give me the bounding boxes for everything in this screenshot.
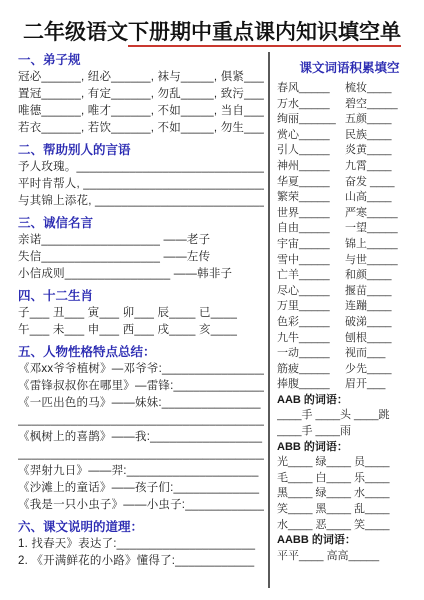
word-blank: 绚丽______ xyxy=(277,112,345,128)
word-pair-row: 宇宙_____ 锦上_____ xyxy=(277,237,422,253)
fill-blank-line: 《枫树上的喜鹊》——我:_________________ xyxy=(18,429,264,446)
fill-blank-line: 水____ 恶____ 笑____ xyxy=(277,518,422,534)
word-pair-row: 色彩_____ 破涕____ xyxy=(277,315,422,331)
word-blank: 与世_____ xyxy=(345,253,422,269)
word-pair-row: 雪中_____ 与世_____ xyxy=(277,253,422,269)
group-label: AABB 的词语： xyxy=(277,533,422,549)
word-blank: 严寒_____ xyxy=(345,206,422,222)
word-blank: 碧空_____ xyxy=(345,97,422,113)
section-character-traits: 五、人物性格特点总结： 《邓xx爷爷植树》—邓爷爷:______________… xyxy=(18,344,264,514)
group-label: AAB 的词语： xyxy=(277,393,422,409)
word-blank: 尽心_____ xyxy=(277,284,345,300)
fill-blank-line: 笑____ 黑____ 乱____ xyxy=(277,502,422,518)
word-pair-row: 春风_____ 梳妆____ xyxy=(277,81,422,97)
fill-blank-line: 黑____ 绿____ 水____ xyxy=(277,486,422,502)
word-pair-row: 尽心_____ 揠苗____ xyxy=(277,284,422,300)
word-blank: 破涕____ xyxy=(345,315,422,331)
page-title: 二年级语文下册期中重点课内知识填空单 xyxy=(0,0,424,46)
word-blank: 刨根____ xyxy=(345,331,422,347)
word-pair-row: 九牛_____ 刨根____ xyxy=(277,331,422,347)
word-blank: 春风_____ xyxy=(277,81,345,97)
word-blank: 奋发 ____ xyxy=(345,175,422,191)
word-blank: 引人_____ xyxy=(277,143,345,159)
word-blank: 色彩_____ xyxy=(277,315,345,331)
word-pair-row: 万里_____ 连蹦____ xyxy=(277,299,422,315)
page-title-part2-underlined: 下册期中重点课内知识填空单 xyxy=(128,21,401,47)
page-title-part1: 二年级语文 xyxy=(23,21,128,44)
fill-blank-line: 《羿射九日》——羿:____________________ xyxy=(18,463,264,480)
word-pair-row: 神州_____ 九霄____ xyxy=(277,159,422,175)
fill-blank-line: 与其锦上添花, __________________________ xyxy=(18,193,264,210)
word-blank: 万水_____ xyxy=(277,97,345,113)
word-pair-row: 赏心_____ 民族____ xyxy=(277,128,422,144)
fill-blank-line: 冠必______, 纽必______, 袜与_____, 俱紧______, xyxy=(18,69,264,86)
word-blank: 和颜____ xyxy=(345,268,422,284)
word-blank: 锦上_____ xyxy=(345,237,422,253)
word-blank: 万里_____ xyxy=(277,299,345,315)
worksheet-page: 二年级语文下册期中重点课内知识填空单 一、弟子规 冠必______, 纽必___… xyxy=(0,0,424,600)
group-aabb: AABB 的词语： 平平____ 高高_____ xyxy=(277,533,422,564)
word-blank: 炎黄____ xyxy=(345,143,422,159)
section-heading: 三、诚信名言 xyxy=(18,215,264,232)
word-pair-row: 华夏_____ 奋发 ____ xyxy=(277,175,422,191)
word-pair-row: 一动_____ 视而___ xyxy=(277,346,422,362)
word-pair-row: 万水_____ 碧空_____ xyxy=(277,97,422,113)
word-pair-row: 捧腹_____ 眉开___ xyxy=(277,377,422,393)
group-label: ABB 的词语： xyxy=(277,440,422,456)
word-blank: 赏心_____ xyxy=(277,128,345,144)
section-heading: 五、人物性格特点总结： xyxy=(18,344,264,361)
fill-blank-line: 《一匹出色的马》——妹妹:_______________ xyxy=(18,395,264,412)
word-pair-row: 绚丽______ 五颜____ xyxy=(277,112,422,128)
word-blank: 筋疲_____ xyxy=(277,362,345,378)
word-blank: 眉开___ xyxy=(345,377,422,393)
word-pair-row: 自由_____ 一望_____ xyxy=(277,221,422,237)
section-lesson-morals: 六、课文说明的道理： 1. 找春天》表达了:__________________… xyxy=(18,519,264,570)
section-zodiac: 四、十二生肖 子___ 丑___ 寅___ 卯___ 辰____ 已____ 午… xyxy=(18,288,264,339)
fill-blank-line: ________________________________________ xyxy=(18,446,264,463)
fill-blank-line: 1. 找春天》表达了:_____________________ xyxy=(18,536,264,553)
word-blank: 华夏_____ xyxy=(277,175,345,191)
word-blank: 民族____ xyxy=(345,128,422,144)
word-blank: 梳妆____ xyxy=(345,81,422,97)
fill-blank-line: ____手 ____雨 xyxy=(277,424,422,440)
word-blank: 神州_____ xyxy=(277,159,345,175)
word-blank: 繁荣_____ xyxy=(277,190,345,206)
word-pair-row: 筋疲_____ 少先____ xyxy=(277,362,422,378)
word-blank: 亡羊_____ xyxy=(277,268,345,284)
section-heading: 四、十二生肖 xyxy=(18,288,264,305)
fill-blank-line: 平平____ 高高_____ xyxy=(277,549,422,565)
word-blank: 一望_____ xyxy=(345,221,422,237)
word-pair-row: 世界_____ 严寒_____ xyxy=(277,206,422,222)
word-blank: 九霄____ xyxy=(345,159,422,175)
section-heading: 六、课文说明的道理： xyxy=(18,519,264,536)
word-pair-row: 繁荣_____ 山高____ xyxy=(277,190,422,206)
right-column: 课文词语积累填空 春风_____ 梳妆____ 万水_____ 碧空_____ … xyxy=(268,52,424,588)
group-aab: AAB 的词语： ____手 ____头 ____跳 ____手 ____雨 xyxy=(277,393,422,440)
fill-blank-line: 若衣______, 若饮______, 不如_____, 勿生______, xyxy=(18,120,264,137)
fill-blank-line: ________________________________________ xyxy=(18,412,264,429)
word-blank: 九牛_____ xyxy=(277,331,345,347)
section-honesty-quotes: 三、诚信名言 亲诺__________________ ——老子 失信_____… xyxy=(18,215,264,283)
section-dizigui: 一、弟子规 冠必______, 纽必______, 袜与_____, 俱紧___… xyxy=(18,52,264,137)
section-heading: 一、弟子规 xyxy=(18,52,264,69)
section-heading: 二、帮助别人的言语 xyxy=(18,142,264,159)
fill-blank-line: 失信__________________ ——左传 xyxy=(18,249,264,266)
word-blank: 自由_____ xyxy=(277,221,345,237)
word-blank: 视而___ xyxy=(345,346,422,362)
word-blank: 世界_____ xyxy=(277,206,345,222)
section-helping-words: 二、帮助别人的言语 予人玫瑰。_________________________… xyxy=(18,142,264,210)
fill-blank-line: 光____ 绿____ 员____ xyxy=(277,455,422,471)
word-blank: 雪中_____ xyxy=(277,253,345,269)
word-blank: 一动_____ xyxy=(277,346,345,362)
word-blank: 少先____ xyxy=(345,362,422,378)
fill-blank-line: 平时肯帮人, ____________________________ xyxy=(18,176,264,193)
fill-blank-line: 小信成则________________ ——韩非子 xyxy=(18,266,264,283)
fill-blank-line: ____手 ____头 ____跳 xyxy=(277,408,422,424)
fill-blank-line: 《沙滩上的童话》——孩子们:_____________ xyxy=(18,480,264,497)
fill-blank-line: 《雷锋叔叔你在哪里》—雷锋:______________ xyxy=(18,378,264,395)
right-column-heading: 课文词语积累填空 xyxy=(277,60,422,76)
word-pair-row: 亡羊_____ 和颜____ xyxy=(277,268,422,284)
fill-blank-line: 毛____ 白____ 乐____ xyxy=(277,471,422,487)
fill-blank-line: 《邓xx爷爷植树》—邓爷爷:________________ xyxy=(18,361,264,378)
word-pair-row: 引人_____ 炎黄____ xyxy=(277,143,422,159)
word-blank: 连蹦____ xyxy=(345,299,422,315)
fill-blank-line: 《我是一只小虫子》——小虫子:____________ xyxy=(18,497,264,514)
word-blank: 山高____ xyxy=(345,190,422,206)
word-blank: 宇宙_____ xyxy=(277,237,345,253)
fill-blank-line: 子___ 丑___ 寅___ 卯___ 辰____ 已____ xyxy=(18,305,264,322)
fill-blank-line: 唯德______, 唯才______, 不如_____, 当自______, xyxy=(18,103,264,120)
fill-blank-line: 置冠______, 有定______, 勿乱_____, 致污______, xyxy=(18,86,264,103)
left-column: 一、弟子规 冠必______, 纽必______, 袜与_____, 俱紧___… xyxy=(0,52,268,588)
fill-blank-line: 2. 《开满鲜花的小路》懂得了:____________ xyxy=(18,553,264,570)
fill-blank-line: 亲诺__________________ ——老子 xyxy=(18,232,264,249)
fill-blank-line: 予人玫瑰。______________________________ xyxy=(18,159,264,176)
word-blank: 揠苗____ xyxy=(345,284,422,300)
content-area: 一、弟子规 冠必______, 纽必______, 袜与_____, 俱紧___… xyxy=(0,52,424,588)
word-blank: 五颜____ xyxy=(345,112,422,128)
group-abb: ABB 的词语： 光____ 绿____ 员____ 毛____ 白____ 乐… xyxy=(277,440,422,534)
fill-blank-line: 午___ 未___ 申___ 西___ 戌____ 亥____ xyxy=(18,322,264,339)
word-blank: 捧腹_____ xyxy=(277,377,345,393)
